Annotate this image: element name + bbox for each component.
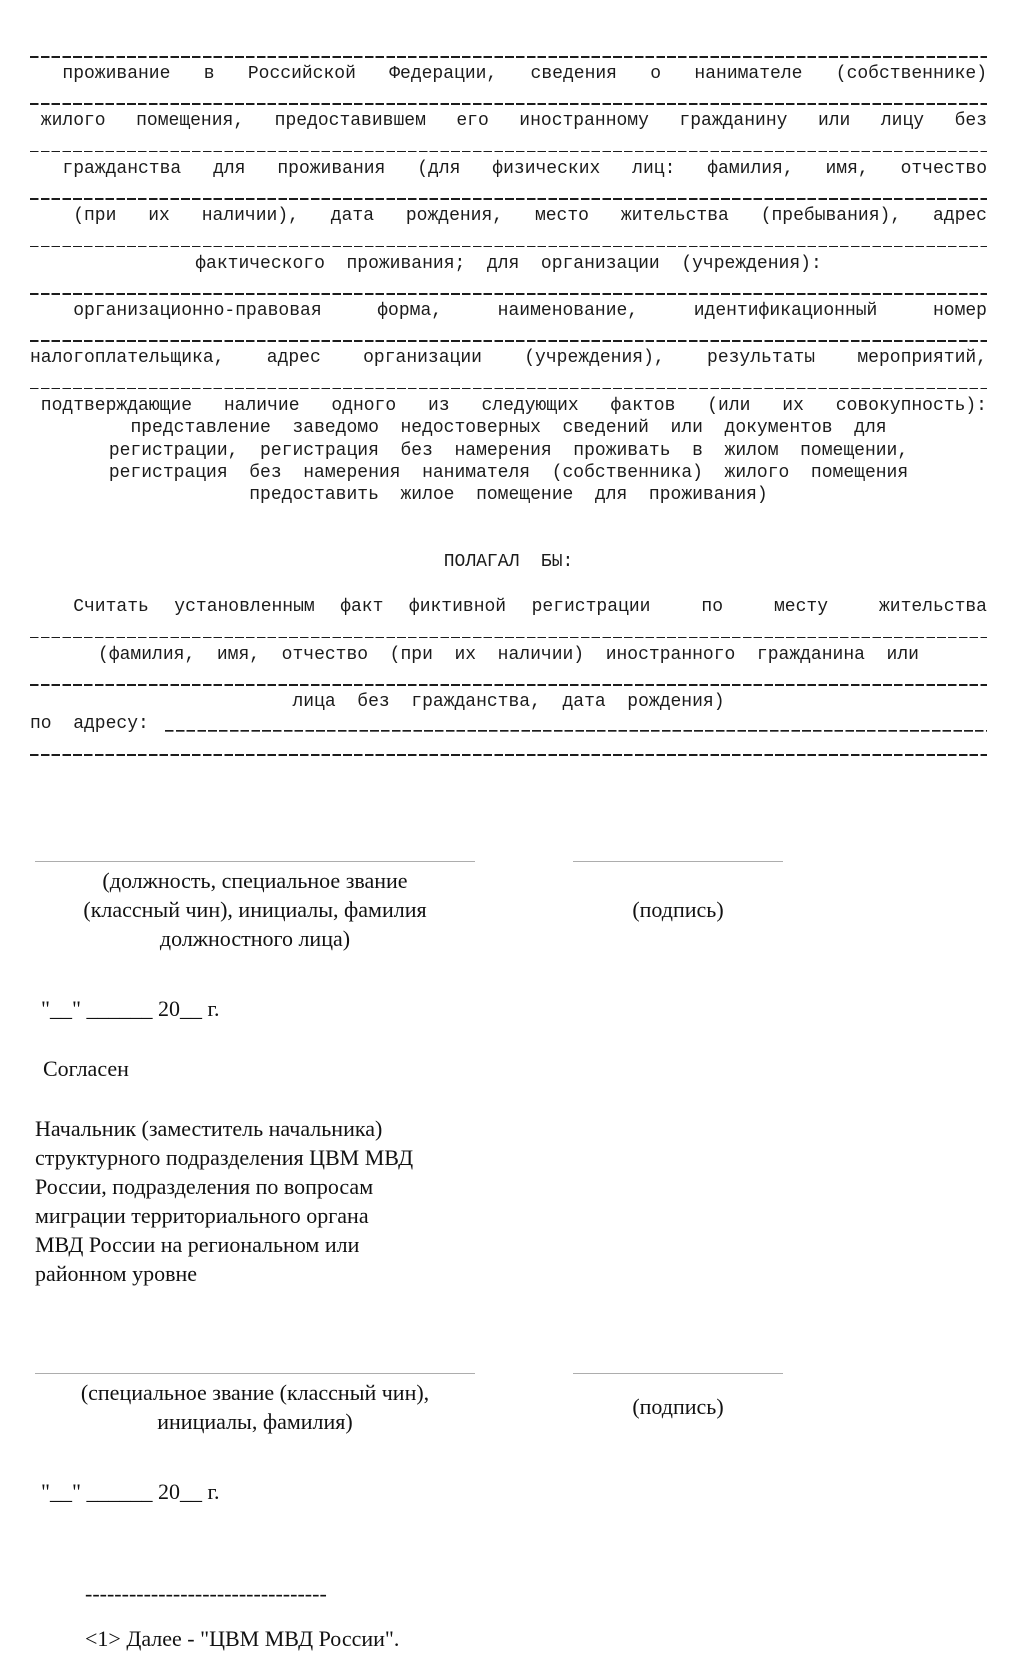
- form-text-line: организационно-правовая форма, наименова…: [30, 300, 987, 322]
- form-text-line: лица без гражданства, дата рождения): [30, 691, 987, 713]
- blank-underscore-line: [30, 275, 987, 300]
- blank-underscore-line: [30, 38, 987, 63]
- form-text-line: жилого помещения, предоставившем его ино…: [30, 110, 987, 132]
- form-text-line: (при их наличии), дата рождения, место ж…: [30, 205, 987, 227]
- form-text-line: регистрации, регистрация без намерения п…: [30, 440, 987, 462]
- form-upper-section: проживание в Российской Федерации, сведе…: [0, 0, 987, 761]
- blank-underscore-line: [30, 228, 987, 253]
- form-text-line: проживание в Российской Федерации, сведе…: [30, 63, 987, 85]
- form-text-line: Считать установленным факт фиктивной рег…: [30, 596, 987, 618]
- agreed-label: Согласен: [35, 1054, 1017, 1083]
- official-caption: (специальное звание (классный чин), иниц…: [35, 1374, 475, 1436]
- signature-block-2: (специальное звание (классный чин), иниц…: [35, 1373, 1017, 1436]
- blank-underscore-line: [30, 133, 987, 158]
- form-text-line: регистрация без намерения нанимателя (со…: [30, 462, 987, 484]
- signature-column: (подпись): [573, 1373, 783, 1436]
- signature-caption: (подпись): [573, 862, 783, 924]
- blank-underscore-field: [165, 713, 987, 735]
- blank-line: [30, 574, 987, 596]
- form-text-line: налогоплательщика, адрес организации (уч…: [30, 347, 987, 369]
- form-text-line: представление заведомо недостоверных све…: [30, 417, 987, 439]
- form-text-line: (фамилия, имя, отчество (при их наличии)…: [30, 644, 987, 666]
- official-column: (специальное звание (классный чин), иниц…: [35, 1373, 475, 1436]
- blank-underscore-line: [30, 85, 987, 110]
- blank-line: [30, 507, 987, 529]
- form-text-line: подтверждающие наличие одного из следующ…: [30, 395, 987, 417]
- official-column: (должность, специальное звание (классный…: [35, 861, 475, 953]
- form-signature-section: (должность, специальное звание (классный…: [35, 861, 1017, 1653]
- official-caption: (должность, специальное звание (классный…: [35, 862, 475, 953]
- form-text-line: ПОЛАГАЛ БЫ:: [30, 551, 987, 573]
- date-line-1: "__" ______ 20__ г.: [35, 994, 1017, 1023]
- footnote-text: <1> Далее - "ЦВМ МВД России".: [85, 1624, 1017, 1653]
- blank-line: [30, 529, 987, 551]
- footnote-separator: ---------------------------------: [85, 1579, 1017, 1608]
- signature-column: (подпись): [573, 861, 783, 953]
- blank-underscore-line: [30, 619, 987, 644]
- date-line-2: "__" ______ 20__ г.: [35, 1477, 1017, 1506]
- address-field-line: по адресу:: [30, 713, 987, 735]
- blank-underscore-line: [30, 370, 987, 395]
- address-label: по адресу:: [30, 713, 149, 735]
- blank-underscore-line: [30, 180, 987, 205]
- blank-underscore-line: [30, 666, 987, 691]
- form-text-line: фактического проживания; для организации…: [30, 253, 987, 275]
- document-page: проживание в Российской Федерации, сведе…: [0, 0, 1017, 1661]
- signature-block-1: (должность, специальное звание (классный…: [35, 861, 1017, 953]
- blank-underscore-line: [30, 322, 987, 347]
- form-text-line: предоставить жилое помещение для прожива…: [30, 484, 987, 506]
- form-text-line: гражданства для проживания (для физическ…: [30, 158, 987, 180]
- blank-underscore-line: [30, 736, 987, 761]
- approver-title: Начальник (заместитель начальника) струк…: [35, 1114, 475, 1288]
- signature-caption: (подпись): [573, 1374, 783, 1421]
